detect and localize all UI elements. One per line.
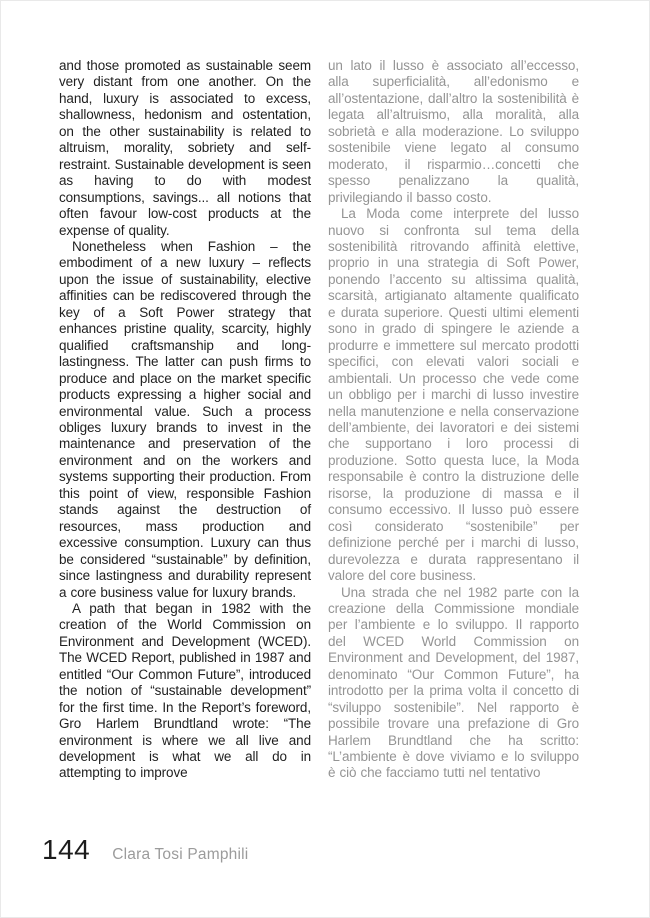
paragraph-english-3: A path that began in 1982 with the creat… — [59, 601, 311, 782]
paragraph-italian-3: Una strada che nel 1982 parte con la cre… — [328, 585, 579, 782]
paragraph-english-2: Nonetheless when Fashion – the embodimen… — [59, 239, 311, 601]
paragraph-english-1: and those promoted as sustainable seem v… — [59, 58, 311, 239]
book-page: and those promoted as sustainable seem v… — [0, 0, 650, 918]
paragraph-italian-1: un lato il lusso è associato all’eccesso… — [328, 58, 579, 206]
page-footer: 144 Clara Tosi Pamphili — [42, 834, 248, 866]
footer-author: Clara Tosi Pamphili — [112, 846, 248, 864]
column-english: and those promoted as sustainable seem v… — [59, 58, 311, 782]
page-number: 144 — [42, 834, 90, 866]
column-italian: un lato il lusso è associato all’eccesso… — [328, 58, 579, 782]
paragraph-italian-2: La Moda come interprete del lusso nuovo … — [328, 206, 579, 584]
